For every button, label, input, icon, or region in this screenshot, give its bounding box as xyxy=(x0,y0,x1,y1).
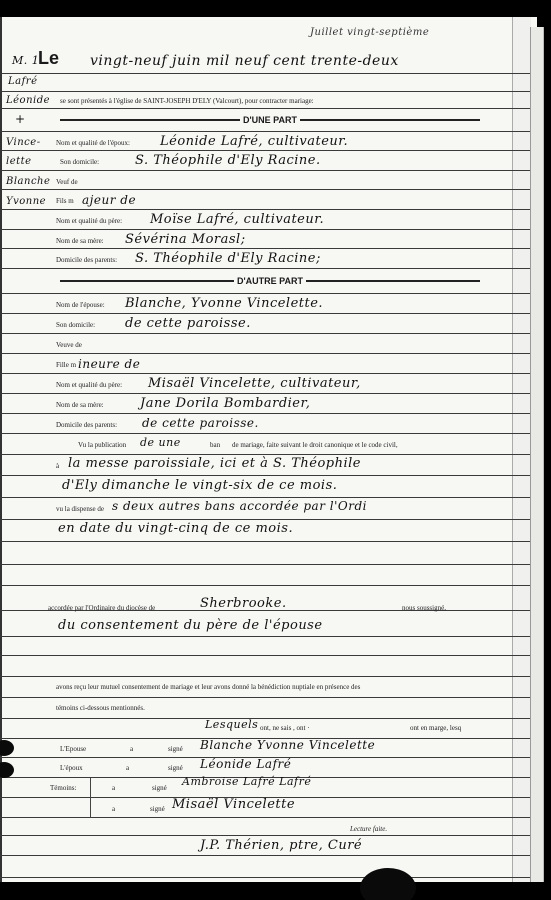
diocese-prefix: accordée par l'Ordinaire du diocèse de xyxy=(48,604,155,612)
bride-father: Misaël Vincelette, cultivateur, xyxy=(148,376,361,391)
margin-name: Vince- xyxy=(6,137,41,148)
signature-groom: Léonide Lafré xyxy=(200,757,291,771)
field-label: Fils m xyxy=(56,197,74,205)
field-label: Son domicile: xyxy=(56,321,95,329)
field-label: Nom de l'épouse: xyxy=(56,301,105,309)
consent-line: du consentement du père de l'épouse xyxy=(58,618,323,633)
rule xyxy=(0,229,530,230)
publication-place-1: la messe paroissiale, ici et à S. Théoph… xyxy=(68,456,361,471)
signature-signe: signé xyxy=(168,764,183,772)
margin-name: Yvonne xyxy=(6,196,46,207)
signature-a: a xyxy=(112,805,115,813)
section-title: D'AUTRE PART xyxy=(234,276,306,286)
rule xyxy=(0,541,530,542)
publication-place-2: d'Ely dimanche le vingt-six de ce mois. xyxy=(62,478,337,493)
signature-witness-2: Misaël Vincelette xyxy=(172,797,295,812)
publication-prefix: Vu la publication xyxy=(78,441,126,449)
rule xyxy=(0,877,530,878)
groom-domicile: S. Théophile d'Ely Racine. xyxy=(135,153,321,168)
groom-parents-domicile: S. Théophile d'Ely Racine; xyxy=(135,251,321,266)
witness-bracket xyxy=(90,778,91,818)
rule xyxy=(0,636,530,637)
section-title: D'UNE PART xyxy=(240,115,300,125)
diocese-suffix: nous soussigné, xyxy=(402,604,446,612)
bride-section-header: D'AUTRE PART xyxy=(60,276,480,286)
rule xyxy=(0,433,530,434)
rule xyxy=(0,209,530,210)
field-label: Veuve de xyxy=(56,341,82,349)
rule xyxy=(0,519,530,520)
printed-le: Le xyxy=(38,48,59,69)
rule xyxy=(0,333,530,334)
publication-count: de une xyxy=(140,436,181,449)
rule xyxy=(0,373,530,374)
dispense-line-1: s deux autres bans accordée par l'Ordi xyxy=(112,499,367,513)
signatures-handwritten: Lesquels xyxy=(205,718,258,731)
bride-mother: Jane Dorila Bombardier, xyxy=(140,396,310,411)
rule xyxy=(0,189,530,190)
page-margin-strip xyxy=(512,17,531,882)
groom-section-header: D'UNE PART xyxy=(60,115,480,125)
dispense-line-2: en date du vingt-cinq de ce mois. xyxy=(58,521,293,536)
field-label: Veuf de xyxy=(56,178,78,186)
publication-suffix: de mariage, faite suivant le droit canon… xyxy=(232,441,398,449)
field-label: Nom de sa mère: xyxy=(56,401,104,409)
signature-role: L'Epouse xyxy=(60,745,86,753)
rule xyxy=(0,150,530,151)
priest-signature: J.P. Thérien, ptre, Curé xyxy=(200,838,362,853)
rule xyxy=(0,676,530,677)
bride-parents-domicile: de cette paroisse. xyxy=(142,416,259,430)
rule xyxy=(0,497,530,498)
punch-hole xyxy=(360,868,416,900)
signature-bride: Blanche Yvonne Vincelette xyxy=(200,738,375,752)
rule xyxy=(0,835,530,836)
margin-name: Lafré xyxy=(8,76,38,87)
bride-name: Blanche, Yvonne Vincelette. xyxy=(125,296,323,311)
rule xyxy=(0,697,530,698)
signature-role: L'époux xyxy=(60,764,83,772)
signature-signe: signé xyxy=(150,805,165,813)
rule xyxy=(0,413,530,414)
benediction-line-1: avons reçu leur mutuel consentement de m… xyxy=(56,683,360,691)
signature-role: Témoins: xyxy=(50,784,76,792)
margin-cross: + xyxy=(15,112,26,126)
groom-status: ajeur de xyxy=(82,193,136,207)
rule xyxy=(0,268,530,269)
rule xyxy=(0,564,530,565)
dispense-prefix: vu la dispense de xyxy=(56,505,104,513)
church-statement: se sont présentés à l'église de SAINT-JO… xyxy=(60,97,314,105)
groom-mother: Sévérina Morasl; xyxy=(125,232,246,247)
rule xyxy=(0,475,530,476)
benediction-line-2: témoins ci-dessous mentionnés. xyxy=(56,704,145,712)
rule xyxy=(0,131,530,132)
rule xyxy=(0,855,530,856)
field-label: Nom et qualité du père: xyxy=(56,381,122,389)
rule xyxy=(0,170,530,171)
diocese-name: Sherbrooke. xyxy=(200,596,287,611)
lecture-faite: Lecture faite. xyxy=(350,825,387,833)
signature-a: a xyxy=(130,745,133,753)
signature-witness-1: Ambroise Lafré Lafré xyxy=(182,775,311,788)
rule xyxy=(0,108,530,109)
rule xyxy=(0,73,530,74)
groom-father: Moïse Lafré, cultivateur. xyxy=(150,212,324,227)
signatures-printed: ont, ne sais , ont · xyxy=(260,724,310,732)
rule xyxy=(0,718,530,719)
margin-name: Léonide xyxy=(6,95,50,106)
signature-signe: signé xyxy=(168,745,183,753)
publication-ban: ban xyxy=(210,441,220,449)
bride-domicile: de cette paroisse. xyxy=(125,316,251,331)
rule xyxy=(0,248,530,249)
field-label: Nom et qualité du père: xyxy=(56,217,122,225)
publication-a: à xyxy=(56,462,59,470)
field-label: Son domicile: xyxy=(60,158,99,166)
bride-status: ineure de xyxy=(78,357,140,371)
field-label: Nom de sa mère: xyxy=(56,237,104,245)
rule xyxy=(0,313,530,314)
signature-a: a xyxy=(126,764,129,772)
rule xyxy=(0,585,530,586)
rule xyxy=(0,454,530,455)
signature-a: a xyxy=(112,784,115,792)
rule xyxy=(0,353,530,354)
rule xyxy=(0,393,530,394)
field-label: Domicile des parents: xyxy=(56,256,117,264)
marriage-date: vingt-neuf juin mil neuf cent trente-deu… xyxy=(90,53,399,69)
signatures-right: ont en marge, lesq xyxy=(410,724,461,732)
field-label: Nom et qualité de l'époux: xyxy=(56,139,130,147)
rule xyxy=(0,655,530,656)
field-label: Fille m xyxy=(56,361,76,369)
field-label: Domicile des parents: xyxy=(56,421,117,429)
record-number: M. 1 xyxy=(12,54,39,67)
signature-signe: signé xyxy=(152,784,167,792)
header-note: Juillet vingt-septième xyxy=(310,27,429,38)
margin-name: lette xyxy=(6,156,32,167)
groom-name: Léonide Lafré, cultivateur. xyxy=(160,134,348,149)
page-edge xyxy=(530,27,544,882)
rule xyxy=(0,817,530,818)
margin-name: Blanche xyxy=(6,176,50,187)
rule xyxy=(0,293,530,294)
rule xyxy=(0,91,530,92)
